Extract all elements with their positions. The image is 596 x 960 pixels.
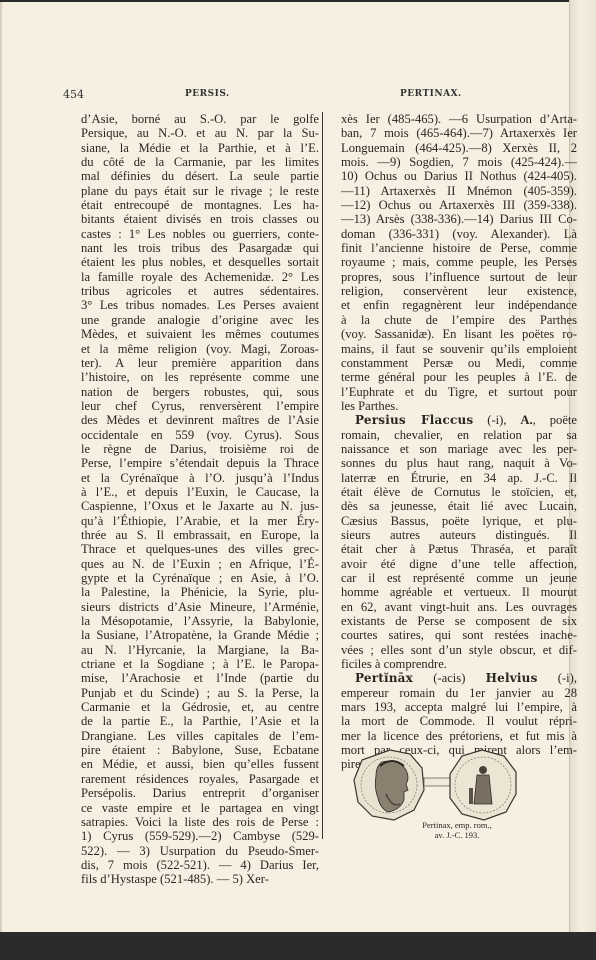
text-line: Longuemain (464-425).—8) Xerxès II, 2 (341, 141, 577, 155)
text-line: Perse, l’empire s’étendait depuis la Thr… (81, 456, 319, 470)
text-line: constamment Persæ ou Medi, comme (341, 356, 577, 370)
headword-helvius: Helvius (486, 671, 538, 685)
text-line: la Susiane, l’Atropatène, la Grande Médi… (81, 628, 319, 642)
text-line: en Médie, et aussi, bien qu’elles fussen… (81, 757, 319, 771)
text-line: dis, 7 mois (522-521). — 4) Darius Ier, (81, 858, 319, 872)
text-line: ce vaste empire et le partagea en vingt (81, 801, 319, 815)
text-line: terme général pour les peuples à l’E. de (341, 370, 577, 384)
text-line: mars 193, accepta malgré lui l’empire, à (341, 700, 577, 714)
text-line: Persique, au N.-O. et au N. par la Su- (81, 126, 319, 140)
entry-persius-body: romain, chevalier, en relation par sanai… (341, 428, 577, 672)
text-line: la mort de Commode. Il voulut répri- (341, 714, 577, 728)
text-line: (voy. Sassanidæ). En lisant les poëtes r… (341, 327, 577, 341)
text-line: l’histoire, on les représente comme une (81, 370, 319, 384)
text-line: dès sa jeunesse, était lié avec Lucain, (341, 499, 577, 513)
text-line: occidentale en 559 (voy. Cyrus). Sous (81, 428, 319, 442)
coin-illustration (352, 748, 562, 823)
text-line: pire étaient : Babylone, Suse, Ecbatane (81, 743, 319, 757)
text-line: romain, chevalier, en relation par sa (341, 428, 577, 442)
text-line: —13) Arsès (338-336).—14) Darius III Co- (341, 212, 577, 226)
text-line: ctriane et la Sogdiane ; à l’E. le Parop… (81, 657, 319, 671)
text-line: l’Euphrate et du Tigre, et surtout pour (341, 385, 577, 399)
text-line: rarement résidences royales, Pasargade e… (81, 772, 319, 786)
entry-persius: Persius Flaccus (-i), A., poëte romain, … (341, 413, 577, 671)
text-line: à l’E., et depuis l’Euxin, le Caucase, l… (81, 485, 319, 499)
text-line: et enfin regagnèrent leur indépendance (341, 298, 577, 312)
text-line: vées ; elles sont d’un style obscur, et … (341, 643, 577, 657)
text-line: royaume ; mais, comme peuple, les Perses (341, 255, 577, 269)
left-column: d’Asie, borné au S.-O. par le golfePersi… (81, 112, 319, 887)
text-line: finit l’ancienne histoire de Perse, comm… (341, 241, 577, 255)
text-line: car il est représenté comme un jeune (341, 571, 577, 585)
text-line: les Parthes. (341, 399, 577, 413)
text-line: xès Ier (485-465). —6 Usurpation d’Arta- (341, 112, 577, 126)
scan-background (0, 932, 596, 960)
text-line: homme agréable et vertueux. Il mourut (341, 585, 577, 599)
text-line: la Mésopotamie, l’Assyrie, la Babylonie, (81, 614, 319, 628)
text-line: Mèdes, et suivaient les mêmes coutumes (81, 327, 319, 341)
text-line: 10) Ochus ou Darius II Nothus (424-405). (341, 169, 577, 183)
text-line: siane, la Médie et la Parthie, et à l’E. (81, 141, 319, 155)
text-line: 3° Les tribus nomades. Les Perses avaien… (81, 298, 319, 312)
text-line: étaient les plus nobles, et desquelles s… (81, 255, 319, 269)
text-line: mer la licence des prétoriens, et fut mi… (341, 729, 577, 743)
text-line: doman (336-331) (voy. Alexander). Là (341, 227, 577, 241)
text-line: tribus agricoles et autres sédentaires. (81, 284, 319, 298)
text-line: existants de Perse se composent de six (341, 614, 577, 628)
text-line: d’Asie, borné au S.-O. par le golfe (81, 112, 319, 126)
text-line: laterræ en Étrurie, en 34 ap. J.-C. Il (341, 471, 577, 485)
text-line: Persépolis. Darius entreprit d’organiser (81, 786, 319, 800)
text-line: une grande analogie d’origine avec les (81, 313, 319, 327)
text-line: Drangiane. Les villes capitales de l’em- (81, 729, 319, 743)
text-line: était entrecoupé de montagnes. Les ha- (81, 198, 319, 212)
text-line: plane du pays était sur le rivage ; le r… (81, 184, 319, 198)
running-head-left: PERSIS. (185, 89, 230, 99)
text-line: mal définies du désert. La seule partie (81, 169, 319, 183)
running-head: 454 PERSIS. PERTINAX. (63, 88, 563, 104)
column-divider (322, 112, 323, 839)
caption-line-1: Pertinax, emp. rom., (352, 820, 562, 830)
text-line: nation de bergers robustes, qui, sous (81, 385, 319, 399)
text-line: gypte et la Cyrénaïque ; en Asie, à l’O. (81, 571, 319, 585)
text-line: avoir été digne d’une telle affection, (341, 557, 577, 571)
text-line: mois. —9) Sogdien, 7 mois (425-424).— (341, 155, 577, 169)
text-line: était élève de Cornutus le stoïcien, et, (341, 485, 577, 499)
text-line: 1) Cyrus (559-529).—2) Cambyse (529- (81, 829, 319, 843)
text-line: de la partie E., la Parthie, l’Asie et l… (81, 714, 319, 728)
text-line: —12) Ochus ou Artaxerxès III (359-338). (341, 198, 577, 212)
text-line: ques au N. de l’Euxin ; en Afrique, l’É- (81, 557, 319, 571)
text-line: du côté de la Carmanie, par les limites (81, 155, 319, 169)
text-line: —11) Artaxerxès II Mnémon (405-359). (341, 184, 577, 198)
text-line: sieurs districts d’Asie Mineure, l’Armén… (81, 600, 319, 614)
entry-persius-first-line: Persius Flaccus (-i), A., poëte (341, 413, 577, 427)
text-line: à la chute de l’empire des Parthes (341, 313, 577, 327)
headword-persius: Persius Flaccus (355, 413, 473, 427)
text-line: ter). A leur première apparition dans (81, 356, 319, 370)
text-line: mise, l’Arachosie et l’Inde (partie du (81, 671, 319, 685)
text-line: et la même religion (voy. Magi, Zoroas- (81, 342, 319, 356)
text-line: le règne de Darius, troisième roi de (81, 442, 319, 456)
text-line: Thrace et quelques-unes des villes grec- (81, 542, 319, 556)
text-line: sieurs autres auteurs distingués. Il (341, 528, 577, 542)
text-line: leur chef Cyrus, renversèrent l’empire (81, 399, 319, 413)
text-line: au N. l’Hyrcanie, la Margiane, la Ba- (81, 643, 319, 657)
text-line: sonnes du plus haut rang, naquit à Vo- (341, 456, 577, 470)
right-column: xès Ier (485-465). —6 Usurpation d’Arta-… (341, 112, 577, 772)
text-line: était cher à Pætus Thraséa, et paraît (341, 542, 577, 556)
text-line: castes : 1° Les nobles ou guerriers, con… (81, 227, 319, 241)
page-number: 454 (63, 88, 84, 101)
text-line: Cæsius Bassus, poëte lyrique, et plu- (341, 514, 577, 528)
text-line: en 62, avant vingt-huit ans. Les ouvrage… (341, 600, 577, 614)
text-line: Punjab et du Scinde) ; au S. la Perse, l… (81, 686, 319, 700)
text-line: la famille royale des Achemenidæ. 2° Les (81, 270, 319, 284)
text-line: bitants étaient divisés en trois classes… (81, 212, 319, 226)
text-line: religion, conservèrent leur existence, (341, 284, 577, 298)
text-line: empereur romain du 1er janvier au 28 (341, 686, 577, 700)
text-line: Caspienne, l’Oxus et le Jaxarte au N. ju… (81, 499, 319, 513)
text-line: ficiles à comprendre. (341, 657, 577, 671)
paragraph-persian-kings: xès Ier (485-465). —6 Usurpation d’Arta-… (341, 112, 577, 413)
text-line: Carmanie et la Gédrosie, et, au centre (81, 700, 319, 714)
running-head-right: PERTINAX. (400, 89, 462, 99)
text-line: 522). — 3) Usurpation du Pseudo-Smer- (81, 844, 319, 858)
text-line: ban, 7 mois (465-464).—7) Artaxerxès Ier (341, 126, 577, 140)
text-line: la Palestine, la Phénicie, la Syrie, plu… (81, 585, 319, 599)
text-line: naissance et son mariage avec les per- (341, 442, 577, 456)
text-line: mains, il faut se souvenir qu’ils emploi… (341, 342, 577, 356)
coin-image-icon (352, 748, 562, 823)
text-line: qu’à l’Éthiopie, l’Arabie, et la mer Éry… (81, 514, 319, 528)
text-line: courtes satires, qui sont restées inache… (341, 628, 577, 642)
text-line: satrapies. Voici la liste des rois de Pe… (81, 815, 319, 829)
headword-pertinax: Pertĭnāx (355, 671, 413, 685)
text-line: et la Cyrénaïque à l’O. jusqu’à l’Indus (81, 471, 319, 485)
text-line: propres, sous l’influence surtout de leu… (341, 270, 577, 284)
text-line: nant les trois tribus des Pasargadæ qui (81, 241, 319, 255)
text-line: thrée au S. Il embrassait, en Europe, la (81, 528, 319, 542)
entry-pertinax-first-line: Pertĭnāx (-acis) Helvius (-i), (341, 671, 577, 685)
text-line: des Mèdes et devinrent maîtres de l’Asie (81, 413, 319, 427)
figure-caption: Pertinax, emp. rom., av. J.-C. 193. (352, 820, 562, 840)
caption-line-2: av. J.-C. 193. (352, 830, 562, 840)
text-line: fils d’Hystaspe (521-485). — 5) Xer- (81, 872, 319, 886)
